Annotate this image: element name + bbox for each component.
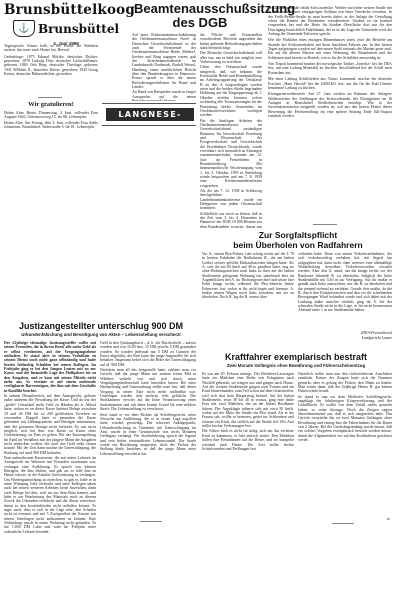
article-paragraph: Auf einer Ortsbeamtenausschußsitzung der… <box>132 33 196 89</box>
article-paragraph: So stand er nun vor dem Meldorfer Schöff… <box>298 395 392 443</box>
article-paragraph: Der Fahrer hielt es nicht für nötig, sic… <box>202 429 294 451</box>
dgb-column-1: Auf einer Ortsbeamtenausschußsitzung der… <box>132 33 196 101</box>
masthead: Brunsbüttelkoog ⚓ Brunsbüttel 4. Juni 19… <box>4 3 128 46</box>
article-paragraph: Geld in den Quittungsbuch – d. h. die Du… <box>100 341 196 367</box>
justice-subheadline: Urkundenfälschung und Beseitigung von Ak… <box>4 332 198 338</box>
right-column-news: Frölk-Reuter-Straße erhält Schwarzdecke.… <box>268 6 392 228</box>
article-paragraph: Ueber den Ortsausschuß wurde mitgeteilt,… <box>200 65 262 117</box>
congrats-item: Hohes Alter. Am Freitag, dem 5. Juni, vo… <box>4 121 98 130</box>
divider <box>332 523 354 524</box>
overtaking-column-2: verhalten habe. Denn von einem Verkehrst… <box>298 252 392 326</box>
dgb-headline: Beamtenausschußsitzung des DGB <box>134 2 266 30</box>
signature: (DEA-Pressedienst) <box>298 331 392 335</box>
article-paragraph: In seinem Dienstbereich, auf dem Amtsger… <box>4 394 96 455</box>
signature: Landgericht Lauter <box>298 336 392 340</box>
news-item: Wie die Flußfahrt eines einzigen Binnenh… <box>268 38 392 60</box>
driver-headline: Kraftfahrer exemplarisch bestraft <box>198 352 394 363</box>
article-paragraph: An Hand von Beispielen wurde in langer A… <box>132 90 196 101</box>
langnese-honig-ad[interactable]: LANGNESE-HONIG <box>106 108 194 121</box>
article-paragraph: Als der am 7. 12. 1958 in Schleswig durc… <box>200 189 262 211</box>
article-paragraph: Es war am 20. Februar mittags. Der Beifa… <box>202 372 294 428</box>
ad-rule-bottom <box>102 125 196 126</box>
divider <box>140 521 162 522</box>
article-paragraph: Schließlich war noch zu klären, daß in d… <box>200 212 262 228</box>
article-paragraph: Vor A., einem Pkw-Fahrer, fuhr schräg re… <box>202 252 294 300</box>
masthead-title: Brunsbüttelkoog <box>4 3 128 18</box>
article-lead: Der 22jährige ehemalige Justizangestellt… <box>4 341 96 393</box>
article-paragraph: Eine aufmerksame Kassiererin, die mit se… <box>4 456 96 534</box>
article-paragraph: Für die künftigen Arbeiten des Ortsbeamt… <box>200 119 262 189</box>
driver-subheadline: Zwei Monate Gefängnis ohne Bewährung und… <box>198 363 394 369</box>
congrats-heading: Wir gratulieren! <box>4 101 98 108</box>
ad-rule-top <box>102 103 196 104</box>
congrats-list: Hohes Alter. Heute, Donnerstag, 4. Juni,… <box>4 111 98 139</box>
article-paragraph: Jetzt stand er vor dem Richter als Schöf… <box>100 413 196 456</box>
overtaking-headline: Zur Sorgfaltspflicht beim Überholen von … <box>200 231 396 250</box>
justice-headline: Justizangestellter unterschlug 900 DM <box>8 321 194 332</box>
gedenktage: Gedenktage: 1875 Eduard Mörike, deutsche… <box>4 55 98 77</box>
news-item: Von Tripoli kommend machte der norwegisc… <box>268 62 392 75</box>
justice-column-1: Der 22jährige ehemalige Justizangestellt… <box>4 341 96 597</box>
article-paragraph: die Pflicht- und Ersatzstellen verschied… <box>200 33 262 50</box>
article-paragraph: Nachdem man all das festgestellt hatte, … <box>100 368 196 411</box>
article-paragraph: verhalten habe. Denn von einem Verkehrst… <box>298 252 392 313</box>
coat-of-arms-icon: ⚓ <box>13 20 35 37</box>
headline-line: beim Überholen von Radfahrern <box>200 241 396 251</box>
news-item: Frölk-Reuter-Straße erhält Schwarzdecke.… <box>268 6 392 36</box>
signature: rö <box>360 517 390 521</box>
driver-column-2: Natürlich wollte man nun den rücksichtsl… <box>298 372 392 520</box>
masthead-subtitle: Brunsbüttel <box>38 22 119 36</box>
overtaking-column-1: Vor A., einem Pkw-Fahrer, fuhr schräg re… <box>202 252 294 330</box>
article-paragraph: Natürlich wollte man nun den rücksichtsl… <box>298 372 392 394</box>
news-item: Kleingartenwettbewerb. Am 27. Juni werde… <box>268 92 392 118</box>
driver-column-1: Es war am 20. Februar mittags. Der Beifa… <box>202 372 294 522</box>
divider <box>313 224 337 225</box>
dgb-column-2: die Pflicht- und Ersatzstellen verschied… <box>200 33 262 228</box>
congrats-item: Hohes Alter. Heute, Donnerstag, 4. Juni,… <box>4 111 98 120</box>
divider <box>38 97 62 98</box>
justice-column-2: Geld in den Quittungsbuch – d. h. die Du… <box>100 341 196 513</box>
news-item: Mit einer Ladung Schiffsteilen aus Tarsu… <box>268 77 392 90</box>
tagesspruch: Tagesspruch: Seines halb, in der Presse … <box>4 44 98 53</box>
article-paragraph: Der Deutsche Gewerkschaftsbund will alle… <box>200 51 262 64</box>
